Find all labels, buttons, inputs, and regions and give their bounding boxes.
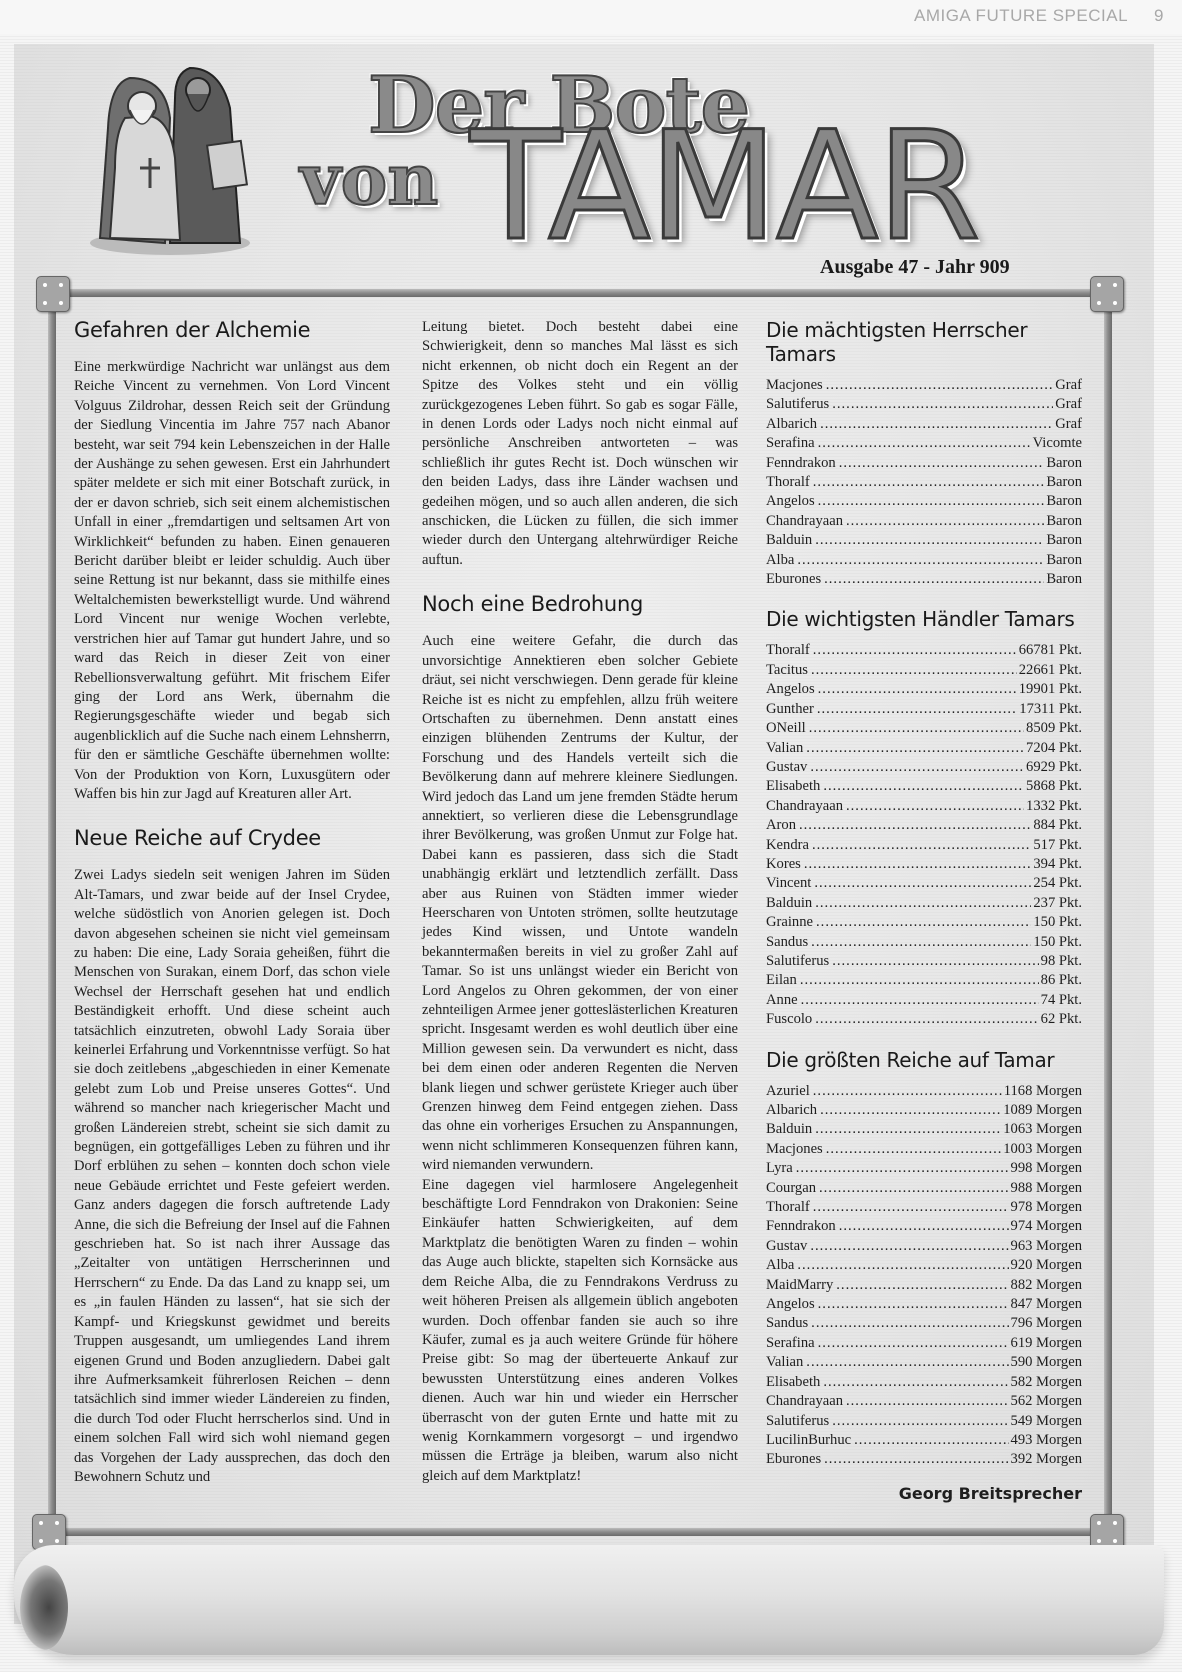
dot-leader <box>806 739 1024 758</box>
entry-name: Lyra <box>766 1159 796 1178</box>
list-item: Elisabeth5868 Pkt. <box>766 777 1082 796</box>
dot-leader <box>819 1179 1009 1198</box>
list-item: Gustav963 Morgen <box>766 1237 1082 1256</box>
entry-name: Albarich <box>766 415 820 434</box>
entry-name: Chandrayaan <box>766 1392 846 1411</box>
dot-leader <box>810 1237 1008 1256</box>
author-byline: Georg Breitsprecher <box>766 1484 1082 1503</box>
entry-value: Graf <box>1053 415 1082 434</box>
masthead-title: Der Bote von TAMAR <box>300 60 1020 260</box>
entry-name: LucilinBurhuc <box>766 1431 854 1450</box>
dot-leader <box>810 758 1024 777</box>
entry-name: Thoralf <box>766 473 813 492</box>
article-body: Eine dagegen viel harmlosere Angelegenhe… <box>422 1176 738 1487</box>
entry-value: 1089 Morgen <box>1001 1101 1082 1120</box>
frame-bottom-bar <box>52 1528 1116 1536</box>
dot-leader <box>820 415 1053 434</box>
list-item: Salutiferus549 Morgen <box>766 1412 1082 1431</box>
entry-value: 8509 Pkt. <box>1024 719 1082 738</box>
article-body: Zwei Ladys siedeln seit wenigen Jahren i… <box>74 866 390 1487</box>
dot-leader <box>797 1256 1008 1275</box>
list-item: ChandrayaanBaron <box>766 512 1082 531</box>
entry-value: 493 Morgen <box>1009 1431 1082 1450</box>
entry-name: ONeill <box>766 719 809 738</box>
list-item: Sandus796 Morgen <box>766 1314 1082 1333</box>
entry-name: Anne <box>766 991 801 1010</box>
list-item: Angelos847 Morgen <box>766 1295 1082 1314</box>
dot-leader <box>796 1159 1009 1178</box>
list-item: LucilinBurhuc493 Morgen <box>766 1431 1082 1450</box>
entry-name: Alba <box>766 1256 797 1275</box>
entry-value: 392 Morgen <box>1009 1450 1082 1469</box>
entry-value: 237 Pkt. <box>1031 894 1082 913</box>
entry-value: 22661 Pkt. <box>1017 661 1082 680</box>
entry-name: Valian <box>766 1353 806 1372</box>
entry-value: Baron <box>1044 454 1082 473</box>
dot-leader <box>832 952 1038 971</box>
entry-value: 5868 Pkt. <box>1024 777 1082 796</box>
entry-name: Alba <box>766 551 797 570</box>
entry-name: Fenndrakon <box>766 454 839 473</box>
rulers-title: Die mächtigsten Herrscher Tamars <box>766 318 1082 366</box>
entry-value: Vicomte <box>1031 434 1082 453</box>
dot-leader <box>839 1217 1009 1236</box>
entry-value: 1168 Morgen <box>1002 1082 1082 1101</box>
dot-leader <box>846 797 1024 816</box>
list-item: MaidMarry882 Morgen <box>766 1276 1082 1295</box>
entry-name: Thoralf <box>766 1198 813 1217</box>
list-item: Kendra517 Pkt. <box>766 836 1082 855</box>
entry-value: 549 Morgen <box>1009 1412 1082 1431</box>
entry-name: MaidMarry <box>766 1276 836 1295</box>
entry-value: 619 Morgen <box>1009 1334 1082 1353</box>
entry-name: Fenndrakon <box>766 1217 839 1236</box>
rulers-list: MacjonesGrafSalutiferusGrafAlbarichGrafS… <box>766 376 1082 589</box>
scroll-end-icon <box>20 1565 68 1650</box>
entry-value: 6929 Pkt. <box>1024 758 1082 777</box>
list-item: Lyra998 Morgen <box>766 1159 1082 1178</box>
dot-leader <box>846 1392 1009 1411</box>
entry-name: Kores <box>766 855 804 874</box>
list-item: Serafina619 Morgen <box>766 1334 1082 1353</box>
publication-name: AMIGA FUTURE SPECIAL <box>914 6 1128 25</box>
entry-value: Baron <box>1044 531 1082 550</box>
article-body: Eine merkwürdige Nachricht war unlängst … <box>74 358 390 804</box>
list-item: Macjones1003 Morgen <box>766 1140 1082 1159</box>
entry-value: Graf <box>1053 376 1082 395</box>
dot-leader <box>815 531 1044 550</box>
dot-leader <box>811 661 1017 680</box>
entry-value: Baron <box>1044 473 1082 492</box>
list-item: Fenndrakon974 Morgen <box>766 1217 1082 1236</box>
entry-name: Valian <box>766 739 806 758</box>
entry-value: 998 Morgen <box>1009 1159 1082 1178</box>
entry-value: 19901 Pkt. <box>1017 680 1082 699</box>
entry-name: Gunther <box>766 700 817 719</box>
list-item: AlbarichGraf <box>766 415 1082 434</box>
list-item: Eilan86 Pkt. <box>766 971 1082 990</box>
traders-list: Thoralf66781 Pkt.Tacitus22661 Pkt.Angelo… <box>766 641 1082 1029</box>
dot-leader <box>806 1353 1008 1372</box>
list-item: Albarich1089 Morgen <box>766 1101 1082 1120</box>
dot-leader <box>854 1431 1008 1450</box>
dot-leader <box>815 1010 1038 1029</box>
dot-leader <box>823 1373 1008 1392</box>
entry-value: 884 Pkt. <box>1031 816 1082 835</box>
list-item: Alba920 Morgen <box>766 1256 1082 1275</box>
entry-name: Salutiferus <box>766 952 832 971</box>
article-title: Noch eine Bedrohung <box>422 592 738 616</box>
entry-name: Angelos <box>766 680 818 699</box>
dot-leader <box>797 551 1044 570</box>
realms-title: Die größten Reiche auf Tamar <box>766 1048 1082 1072</box>
issue-label: Ausgabe 47 - Jahr 909 <box>820 256 1010 279</box>
dot-leader <box>815 1120 1001 1139</box>
dot-leader <box>813 641 1017 660</box>
entry-name: Sandus <box>766 933 811 952</box>
masthead-von: von <box>300 138 438 221</box>
list-item: Aron884 Pkt. <box>766 816 1082 835</box>
entry-value: 1003 Morgen <box>1001 1140 1082 1159</box>
list-item: Tacitus22661 Pkt. <box>766 661 1082 680</box>
running-head: AMIGA FUTURE SPECIAL9 <box>914 6 1164 26</box>
entry-name: Eburones <box>766 570 824 589</box>
dot-leader <box>818 1295 1009 1314</box>
entry-name: Angelos <box>766 492 818 511</box>
entry-value: 74 Pkt. <box>1039 991 1082 1010</box>
entry-value: Baron <box>1044 551 1082 570</box>
entry-value: 562 Morgen <box>1009 1392 1082 1411</box>
entry-value: 7204 Pkt. <box>1024 739 1082 758</box>
list-item: Valian590 Morgen <box>766 1353 1082 1372</box>
article-neue-reiche-auf-crydee: Neue Reiche auf Crydee Zwei Ladys siedel… <box>74 826 390 1487</box>
entry-value: 963 Morgen <box>1009 1237 1082 1256</box>
entry-name: Vincent <box>766 874 814 893</box>
column-2: Leitung bietet. Doch besteht dabei eine … <box>422 318 738 1486</box>
list-item: MacjonesGraf <box>766 376 1082 395</box>
entry-value: 394 Pkt. <box>1031 855 1082 874</box>
entry-value: 17311 Pkt. <box>1017 700 1082 719</box>
list-item: Gunther17311 Pkt. <box>766 700 1082 719</box>
entry-value: Baron <box>1044 492 1082 511</box>
traders-title: Die wichtigsten Händler Tamars <box>766 607 1082 631</box>
list-item: Kores394 Pkt. <box>766 855 1082 874</box>
entry-value: 254 Pkt. <box>1031 874 1082 893</box>
dot-leader <box>816 913 1031 932</box>
dot-leader <box>836 1276 1008 1295</box>
dot-leader <box>811 933 1031 952</box>
dot-leader <box>839 454 1045 473</box>
dot-leader <box>826 1140 1001 1159</box>
list-item: Gustav6929 Pkt. <box>766 758 1082 777</box>
article-title: Neue Reiche auf Crydee <box>74 826 390 850</box>
dot-leader <box>818 492 1045 511</box>
entry-name: Eilan <box>766 971 800 990</box>
entry-name: Balduin <box>766 531 815 550</box>
dot-leader <box>846 512 1044 531</box>
entry-value: 978 Morgen <box>1009 1198 1082 1217</box>
dot-leader <box>799 816 1031 835</box>
dot-leader <box>832 395 1053 414</box>
list-item: Elisabeth582 Morgen <box>766 1373 1082 1392</box>
list-item: Balduin237 Pkt. <box>766 894 1082 913</box>
entry-name: Serafina <box>766 434 818 453</box>
column-1: Gefahren der Alchemie Eine merkwürdige N… <box>74 318 390 1487</box>
entry-value: 66781 Pkt. <box>1017 641 1082 660</box>
dot-leader <box>815 894 1031 913</box>
dot-leader <box>813 1082 1002 1101</box>
list-item: Salutiferus98 Pkt. <box>766 952 1082 971</box>
entry-name: Sandus <box>766 1314 811 1333</box>
entry-name: Angelos <box>766 1295 818 1314</box>
entry-value: 920 Morgen <box>1009 1256 1082 1275</box>
article-title: Gefahren der Alchemie <box>74 318 390 342</box>
list-item: Fuscolo62 Pkt. <box>766 1010 1082 1029</box>
dot-leader <box>800 971 1039 990</box>
entry-value: 86 Pkt. <box>1039 971 1082 990</box>
scholars-illustration-icon <box>70 58 270 258</box>
list-item: SerafinaVicomte <box>766 434 1082 453</box>
article-body: Auch eine weitere Gefahr, die durch das … <box>422 632 738 1175</box>
list-item: Chandrayaan1332 Pkt. <box>766 797 1082 816</box>
list-item: Eburones392 Morgen <box>766 1450 1082 1469</box>
entry-value: 882 Morgen <box>1009 1276 1082 1295</box>
list-item: ONeill8509 Pkt. <box>766 719 1082 738</box>
dot-leader <box>813 473 1045 492</box>
dot-leader <box>824 1450 1008 1469</box>
entry-value: 517 Pkt. <box>1031 836 1082 855</box>
entry-value: 150 Pkt. <box>1031 933 1082 952</box>
list-item: AlbaBaron <box>766 551 1082 570</box>
list-item: AngelosBaron <box>766 492 1082 511</box>
entry-value: 796 Morgen <box>1009 1314 1082 1333</box>
frame-top-bar <box>52 289 1116 297</box>
entry-value: 98 Pkt. <box>1039 952 1082 971</box>
list-item: Valian7204 Pkt. <box>766 739 1082 758</box>
dot-leader <box>817 700 1017 719</box>
entry-name: Serafina <box>766 1334 818 1353</box>
entry-value: 974 Morgen <box>1009 1217 1082 1236</box>
list-item: Balduin1063 Morgen <box>766 1120 1082 1139</box>
column-3: Die mächtigsten Herrscher Tamars Macjone… <box>766 318 1082 1503</box>
entry-name: Salutiferus <box>766 1412 832 1431</box>
entry-name: Macjones <box>766 1140 826 1159</box>
list-item: SalutiferusGraf <box>766 395 1082 414</box>
entry-name: Albarich <box>766 1101 820 1120</box>
entry-name: Grainne <box>766 913 816 932</box>
entry-name: Elisabeth <box>766 777 823 796</box>
entry-name: Elisabeth <box>766 1373 823 1392</box>
list-item: Anne74 Pkt. <box>766 991 1082 1010</box>
entry-name: Fuscolo <box>766 1010 815 1029</box>
entry-name: Tacitus <box>766 661 811 680</box>
entry-name: Courgan <box>766 1179 819 1198</box>
list-item: EburonesBaron <box>766 570 1082 589</box>
list-item: Sandus150 Pkt. <box>766 933 1082 952</box>
entry-name: Gustav <box>766 1237 810 1256</box>
frame-right-bar <box>1104 300 1112 1530</box>
article-continuation: Leitung bietet. Doch besteht dabei eine … <box>422 318 738 570</box>
entry-name: Eburones <box>766 1450 824 1469</box>
dot-leader <box>832 1412 1008 1431</box>
dot-leader <box>818 680 1017 699</box>
entry-name: Gustav <box>766 758 810 777</box>
entry-name: Azuriel <box>766 1082 813 1101</box>
entry-value: 582 Morgen <box>1009 1373 1082 1392</box>
list-item: Grainne150 Pkt. <box>766 913 1082 932</box>
scroll-roll-bottom <box>14 1545 1164 1655</box>
frame-left-bar <box>48 300 56 1530</box>
article-gefahren-der-alchemie: Gefahren der Alchemie Eine merkwürdige N… <box>74 318 390 804</box>
list-item: Azuriel1168 Morgen <box>766 1082 1082 1101</box>
entry-value: 590 Morgen <box>1009 1353 1082 1372</box>
list-item: Thoralf978 Morgen <box>766 1198 1082 1217</box>
dot-leader <box>826 376 1054 395</box>
dot-leader <box>820 1101 1001 1120</box>
entry-name: Balduin <box>766 894 815 913</box>
entry-value: 150 Pkt. <box>1031 913 1082 932</box>
dot-leader <box>801 991 1039 1010</box>
page-number: 9 <box>1154 6 1164 25</box>
dot-leader <box>804 855 1031 874</box>
list-item: Angelos19901 Pkt. <box>766 680 1082 699</box>
entry-value: 1063 Morgen <box>1001 1120 1082 1139</box>
masthead-tamar: TAMAR <box>470 112 979 262</box>
entry-name: Chandrayaan <box>766 512 846 531</box>
dot-leader <box>812 836 1031 855</box>
dot-leader <box>818 434 1031 453</box>
list-item: FenndrakonBaron <box>766 454 1082 473</box>
frame-corner-top-left <box>36 276 70 312</box>
list-item: ThoralfBaron <box>766 473 1082 492</box>
article-noch-eine-bedrohung: Noch eine Bedrohung Auch eine weitere Ge… <box>422 592 738 1486</box>
list-item: Courgan988 Morgen <box>766 1179 1082 1198</box>
entry-name: Salutiferus <box>766 395 832 414</box>
dot-leader <box>824 570 1044 589</box>
dot-leader <box>818 1334 1009 1353</box>
frame-corner-top-right <box>1090 276 1124 312</box>
entry-name: Thoralf <box>766 641 813 660</box>
entry-name: Macjones <box>766 376 826 395</box>
entry-value: Baron <box>1044 570 1082 589</box>
list-item: Vincent254 Pkt. <box>766 874 1082 893</box>
dot-leader <box>809 719 1024 738</box>
list-item: Chandrayaan562 Morgen <box>766 1392 1082 1411</box>
entry-value: 847 Morgen <box>1009 1295 1082 1314</box>
dot-leader <box>823 777 1024 796</box>
list-item: BalduinBaron <box>766 531 1082 550</box>
entry-name: Aron <box>766 816 799 835</box>
entry-name: Balduin <box>766 1120 815 1139</box>
dot-leader <box>813 1198 1009 1217</box>
entry-value: 1332 Pkt. <box>1024 797 1082 816</box>
dot-leader <box>814 874 1031 893</box>
entry-name: Kendra <box>766 836 812 855</box>
entry-value: Graf <box>1053 395 1082 414</box>
entry-value: 988 Morgen <box>1009 1179 1082 1198</box>
entry-name: Chandrayaan <box>766 797 846 816</box>
entry-value: 62 Pkt. <box>1039 1010 1082 1029</box>
dot-leader <box>811 1314 1008 1333</box>
realms-list: Azuriel1168 MorgenAlbarich1089 MorgenBal… <box>766 1082 1082 1470</box>
list-item: Thoralf66781 Pkt. <box>766 641 1082 660</box>
entry-value: Baron <box>1044 512 1082 531</box>
